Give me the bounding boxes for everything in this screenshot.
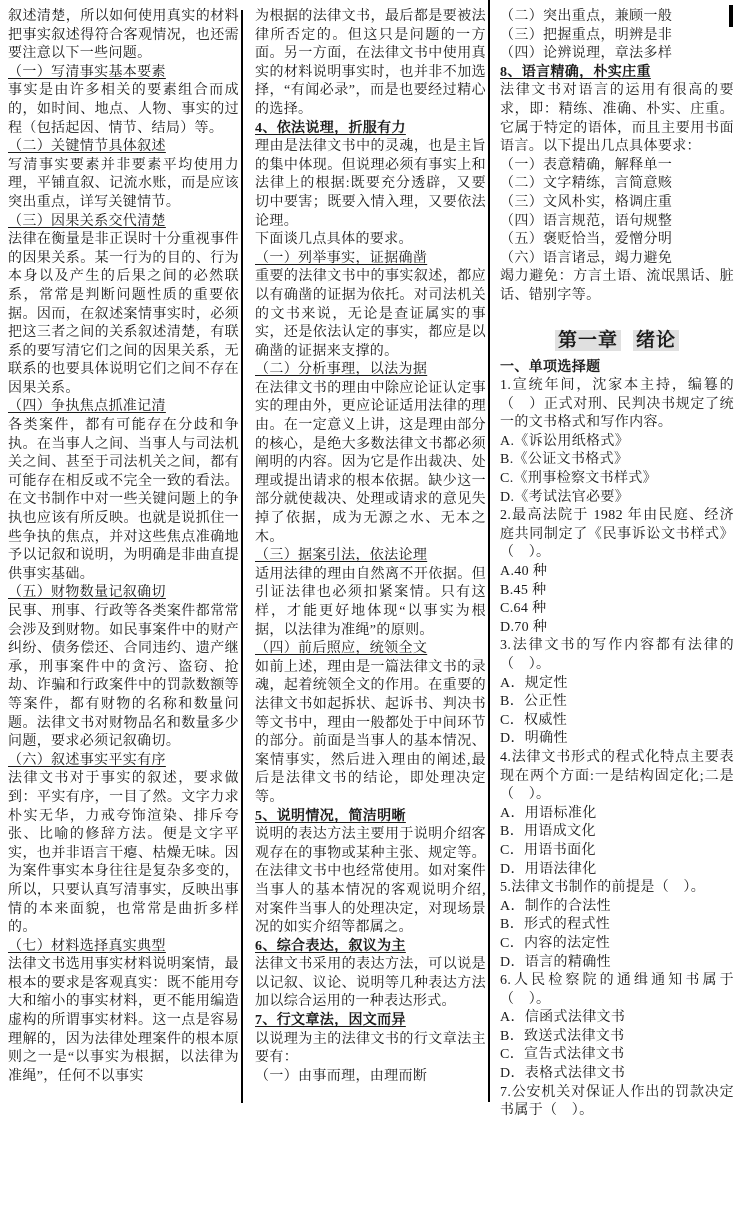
- list-line: （五）褒贬恰当，爱憎分明: [500, 231, 734, 250]
- option-line: A.《诉讼用纸格式》: [500, 433, 734, 452]
- list-line: （二）突出重点，兼顾一般: [500, 8, 734, 27]
- option-line: D．用语法律化: [500, 861, 734, 880]
- paragraph: 法律文书选用事实材料说明案情，最根本的要求是客观真实：既不能用夸大和缩小的事实材…: [8, 956, 239, 1086]
- paragraph: 以说理为主的法律文书的行文章法主要有：: [255, 1031, 486, 1068]
- paragraph: 7.公安机关对保证人作出的罚款决定书属于（ ）。: [500, 1084, 734, 1121]
- numbered-section-heading: 5、说明情况，简洁明晰: [255, 808, 486, 827]
- column-divider-1: [241, 10, 243, 1103]
- chapter-heading-part: 绪论: [633, 330, 679, 351]
- option-line: C.《刑事检察文书样式》: [500, 470, 734, 489]
- option-line: B．公正性: [500, 693, 734, 712]
- option-line: B．用语成文化: [500, 823, 734, 842]
- subsection-heading: （七）材料选择真实典型: [8, 938, 239, 957]
- paragraph: 为根据的法律文书，最后都是要被法律所否定的。但这只是问题的一方面。另一方面，在法…: [255, 8, 486, 120]
- chapter-heading: 第一章绪论: [500, 328, 734, 354]
- list-line: （三）文风朴实，格调庄重: [500, 194, 734, 213]
- document-page: 叙述清楚，所以如何使用真实的材料把事实叙述得符合客观情况，也还需要注意以下一些问…: [0, 0, 736, 1206]
- option-line: C．权威性: [500, 712, 734, 731]
- paragraph: 4.法律文书形式的程式化特点主要表现在两个方面:一是结构固定化;二是（ ）。: [500, 749, 734, 805]
- paragraph: 1.宣统年间，沈家本主持，编篹的（ ）正式对刑、民判决书规定了统一的文书格式和写…: [500, 377, 734, 433]
- subsection-heading: （一）列举事实，证据确凿: [255, 250, 486, 269]
- list-line: （六）语言诸忌，竭力避免: [500, 250, 734, 269]
- subsection-heading: （二）关键情节具体叙述: [8, 138, 239, 157]
- paragraph: 6.人民检察院的通缉通知书属于（ ）。: [500, 972, 734, 1009]
- list-line: （四）论辨说理，章法多样: [500, 45, 734, 64]
- option-line: A．信函式法律文书: [500, 1009, 734, 1028]
- paragraph: 民事、刑事、行政等各类案件都常常会涉及到财物。如民事案件中的财产纠纷、债务偿还、…: [8, 603, 239, 752]
- paragraph: 说明的表达方法主要用于说明介绍客观存在的事物或某种主张、规定等。在法律文书中也经…: [255, 826, 486, 938]
- paragraph: 法律文书对语言的运用有很高的要求，即：精练、准确、朴实、庄重。它属于特定的语体，…: [500, 82, 734, 156]
- list-line: （三）把握重点，明辨是非: [500, 27, 734, 46]
- paragraph: 法律文书采用的表达方法，可以说是以记叙、议论、说明等几种表达方法加以综合运用的一…: [255, 956, 486, 1012]
- subsection-heading: （二）分析事理，以法为据: [255, 361, 486, 380]
- paragraph: 竭力避免：方言土语、流氓黑话、脏话、错别字等。: [500, 268, 734, 305]
- option-line: B．形式的程式性: [500, 916, 734, 935]
- paragraph: 事实是由许多相关的要素组合而成的，如时间、地点、人物、事实的过程（包括起因、情节…: [8, 82, 239, 138]
- paragraph: 下面谈几点具体的要求。: [255, 231, 486, 250]
- subsection-heading: （一）写清事实基本要素: [8, 64, 239, 83]
- option-line: C．宣告式法律文书: [500, 1046, 734, 1065]
- spacer: [500, 306, 734, 320]
- paragraph: 写清事实要素并非要素平均使用力理，平铺直叙、记流水账，而是应该突出重点，详写关键…: [8, 157, 239, 213]
- paragraph: 法律文书对于事实的叙述，要求做到：平实有序，一目了然。文字力求朴实无华，力戒夸饰…: [8, 770, 239, 937]
- paragraph: 各类案件，都有可能存在分歧和争执。在当事人之间、当事人与司法机关之间、甚至于司法…: [8, 417, 239, 584]
- option-line: C．用语书面化: [500, 842, 734, 861]
- list-line: （一）表意精确，解释单一: [500, 157, 734, 176]
- subsection-heading: （五）财物数量记叙确切: [8, 584, 239, 603]
- numbered-section-heading: 4、依法说理，折服有力: [255, 120, 486, 139]
- column-1: 叙述清楚，所以如何使用真实的材料把事实叙述得符合客观情况，也还需要注意以下一些问…: [8, 8, 239, 1086]
- option-line: D．明确性: [500, 730, 734, 749]
- scan-edge-mark: [729, 5, 733, 27]
- option-line: B.45 种: [500, 582, 734, 601]
- option-line: A．制作的合法性: [500, 898, 734, 917]
- numbered-section-heading: 7、行文章法，因文而异: [255, 1012, 486, 1031]
- chapter-heading-part: 第一章: [555, 330, 621, 351]
- option-line: D.《考试法官必要》: [500, 489, 734, 508]
- paragraph: 法律在衡量是非正误时十分重视事件的因果关系。某一行为的目的、行为本身以及产生的后…: [8, 231, 239, 398]
- paragraph: 叙述清楚，所以如何使用真实的材料把事实叙述得符合客观情况，也还需要注意以下一些问…: [8, 8, 239, 64]
- option-line: D．语言的精确性: [500, 954, 734, 973]
- paragraph: 重要的法律文书中的事实叙述，都应以有确凿的证据为依托。对司法机关的文书来说，无论…: [255, 268, 486, 361]
- paragraph: 适用法律的理由自然离不开依据。但引证法律也必须扣紧案情。只有这样，才能更好地体现…: [255, 566, 486, 640]
- option-line: D．表格式法律文书: [500, 1065, 734, 1084]
- option-line: A.40 种: [500, 563, 734, 582]
- subsection-heading: （四）前后照应，统领全文: [255, 640, 486, 659]
- list-line: （一）由事而理，由理而断: [255, 1068, 486, 1087]
- paragraph: 5.法律文书制作的前提是（ ）。: [500, 879, 734, 898]
- paragraph: 在法律文书的理由中除应论证认定事实的理由外，更应论证适用法律的理由。在一定意义上…: [255, 380, 486, 547]
- paragraph: 理由是法律文书中的灵魂，也是主旨的集中体现。但说理必须有事实上和法律上的根据:既…: [255, 138, 486, 231]
- list-line: （二）文字精练，言简意赅: [500, 175, 734, 194]
- paragraph: 3.法律文书的写作内容都有法律的（ ）。: [500, 637, 734, 674]
- column-3: （二）突出重点，兼顾一般（三）把握重点，明辨是非（四）论辨说理，章法多样8、语言…: [500, 8, 734, 1121]
- numbered-section-heading: 8、语言精确，朴实庄重: [500, 64, 734, 83]
- option-line: A．规定性: [500, 675, 734, 694]
- option-line: A．用语标准化: [500, 805, 734, 824]
- option-line: C.64 种: [500, 600, 734, 619]
- subsection-heading: （三）据案引法，依法论理: [255, 547, 486, 566]
- column-2: 为根据的法律文书，最后都是要被法律所否定的。但这只是问题的一方面。另一方面，在法…: [255, 8, 486, 1086]
- option-line: D.70 种: [500, 619, 734, 638]
- list-line: （四）语言规范，语句规整: [500, 213, 734, 232]
- subsection-heading: （三）因果关系交代清楚: [8, 213, 239, 232]
- column-divider-2: [488, 0, 490, 1102]
- option-line: B.《公证文书格式》: [500, 451, 734, 470]
- paragraph: 如前上述，理由是一篇法律文书的录魂，起着统领全文的作用。在重要的法律文书如起拆状…: [255, 659, 486, 808]
- subsection-heading: （四）争执焦点抓准记清: [8, 398, 239, 417]
- subsection-heading: （六）叙述事实平实有序: [8, 752, 239, 771]
- numbered-section-heading: 6、综合表达，叙议为主: [255, 938, 486, 957]
- option-line: C．内容的法定性: [500, 935, 734, 954]
- option-line: B．致送式法律文书: [500, 1028, 734, 1047]
- section-heading: 一、单项选择题: [500, 359, 734, 378]
- paragraph: 2.最高法院于 1982 年由民庭、经济庭共同制定了《民事诉讼文书样式》（ ）。: [500, 507, 734, 563]
